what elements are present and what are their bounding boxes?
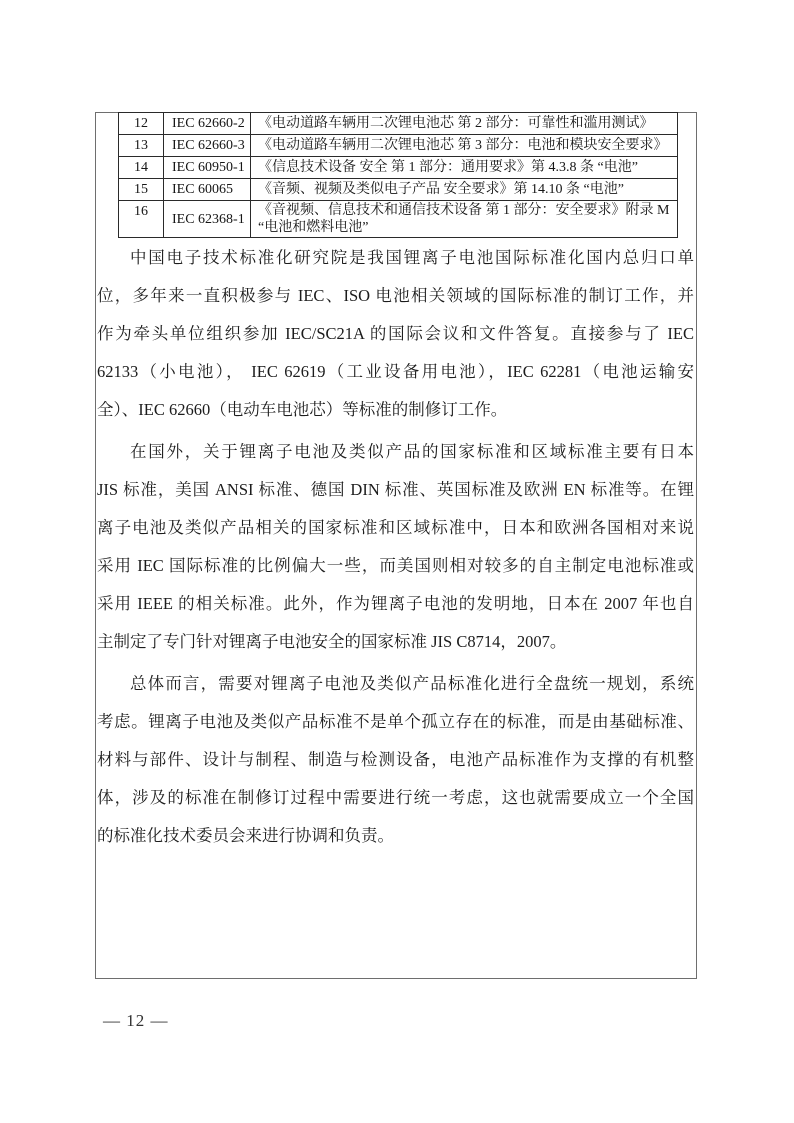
cell-standard-code: IEC 62660-3 bbox=[164, 135, 251, 157]
paragraph-line: 全）、IEC 62660（电动车电池芯）等标准的制修订工作。 bbox=[97, 391, 694, 429]
paragraph-line: 在国外，关于锂离子电池及类似产品的国家标准和区域标准主要有日本 bbox=[97, 433, 694, 471]
cell-standard-title: 《电动道路车辆用二次锂电池芯 第 3 部分：电池和模块安全要求》 bbox=[251, 135, 678, 157]
cell-index: 15 bbox=[119, 179, 164, 201]
cell-standard-code: IEC 62660-2 bbox=[164, 113, 251, 135]
paragraph-line: 考虑。锂离子电池及类似产品标准不是单个孤立存在的标准，而是由基础标准、 bbox=[97, 703, 694, 741]
paragraph-line: 采用 IEC 国际标准的比例偏大一些，而美国则相对较多的自主制定电池标准或 bbox=[97, 547, 694, 585]
cell-standard-title: 《信息技术设备 安全 第 1 部分：通用要求》第 4.3.8 条 “电池” bbox=[251, 157, 678, 179]
paragraph-line: 主制定了专门针对锂离子电池安全的国家标准 JIS C8714，2007。 bbox=[97, 623, 694, 661]
cell-index: 13 bbox=[119, 135, 164, 157]
paragraph: 总体而言，需要对锂离子电池及类似产品标准化进行全盘统一规划，系统考虑。锂离子电池… bbox=[97, 665, 694, 855]
table-row: 14IEC 60950-1《信息技术设备 安全 第 1 部分：通用要求》第 4.… bbox=[119, 157, 678, 179]
paragraph-line: 位，多年来一直积极参与 IEC、ISO 电池相关领域的国际标准的制订工作，并 bbox=[97, 277, 694, 315]
page-number: — 12 — bbox=[103, 1010, 169, 1032]
cell-index: 12 bbox=[119, 113, 164, 135]
paragraph-line: 总体而言，需要对锂离子电池及类似产品标准化进行全盘统一规划，系统 bbox=[97, 665, 694, 703]
cell-standard-title: 《音视频、信息技术和通信技术设备 第 1 部分：安全要求》附录 M “电池和燃料… bbox=[251, 201, 678, 238]
standards-table: 12IEC 62660-2《电动道路车辆用二次锂电池芯 第 2 部分：可靠性和滥… bbox=[118, 112, 678, 238]
paragraph-line: 作为牵头单位组织参加 IEC/SC21A 的国际会议和文件答复。直接参与了 IE… bbox=[97, 315, 694, 353]
table-row: 13IEC 62660-3《电动道路车辆用二次锂电池芯 第 3 部分：电池和模块… bbox=[119, 135, 678, 157]
table-row: 12IEC 62660-2《电动道路车辆用二次锂电池芯 第 2 部分：可靠性和滥… bbox=[119, 113, 678, 135]
paragraph-line: 材料与部件、设计与制程、制造与检测设备，电池产品标准作为支撑的有机整 bbox=[97, 741, 694, 779]
paragraph-line: 62133（小电池）， IEC 62619（工业设备用电池），IEC 62281… bbox=[97, 353, 694, 391]
cell-standard-code: IEC 62368-1 bbox=[164, 201, 251, 238]
paragraph-line: 离子电池及类似产品相关的国家标准和区域标准中，日本和欧洲各国相对来说 bbox=[97, 509, 694, 547]
cell-index: 14 bbox=[119, 157, 164, 179]
paragraph: 中国电子技术标准化研究院是我国锂离子电池国际标准化国内总归口单位，多年来一直积极… bbox=[97, 239, 694, 429]
document-page: 12IEC 62660-2《电动道路车辆用二次锂电池芯 第 2 部分：可靠性和滥… bbox=[0, 0, 794, 1123]
cell-index: 16 bbox=[119, 201, 164, 238]
body-paragraphs: 中国电子技术标准化研究院是我国锂离子电池国际标准化国内总归口单位，多年来一直积极… bbox=[97, 239, 694, 859]
cell-standard-code: IEC 60950-1 bbox=[164, 157, 251, 179]
cell-standard-title: 《电动道路车辆用二次锂电池芯 第 2 部分：可靠性和滥用测试》 bbox=[251, 113, 678, 135]
cell-standard-code: IEC 60065 bbox=[164, 179, 251, 201]
content-frame: 12IEC 62660-2《电动道路车辆用二次锂电池芯 第 2 部分：可靠性和滥… bbox=[95, 112, 697, 979]
table-row: 15IEC 60065《音频、视频及类似电子产品 安全要求》第 14.10 条 … bbox=[119, 179, 678, 201]
paragraph-line: 中国电子技术标准化研究院是我国锂离子电池国际标准化国内总归口单 bbox=[97, 239, 694, 277]
paragraph-line: 体，涉及的标准在制修订过程中需要进行统一考虑，这也就需要成立一个全国 bbox=[97, 779, 694, 817]
paragraph-line: 的标准化技术委员会来进行协调和负责。 bbox=[97, 817, 694, 855]
standards-table-body: 12IEC 62660-2《电动道路车辆用二次锂电池芯 第 2 部分：可靠性和滥… bbox=[119, 113, 678, 238]
paragraph-line: JIS 标准，美国 ANSI 标准、德国 DIN 标准、英国标准及欧洲 EN 标… bbox=[97, 471, 694, 509]
paragraph-line: 采用 IEEE 的相关标准。此外，作为锂离子电池的发明地，日本在 2007 年也… bbox=[97, 585, 694, 623]
table-row: 16IEC 62368-1《音视频、信息技术和通信技术设备 第 1 部分：安全要… bbox=[119, 201, 678, 238]
cell-standard-title: 《音频、视频及类似电子产品 安全要求》第 14.10 条 “电池” bbox=[251, 179, 678, 201]
paragraph: 在国外，关于锂离子电池及类似产品的国家标准和区域标准主要有日本JIS 标准，美国… bbox=[97, 433, 694, 661]
